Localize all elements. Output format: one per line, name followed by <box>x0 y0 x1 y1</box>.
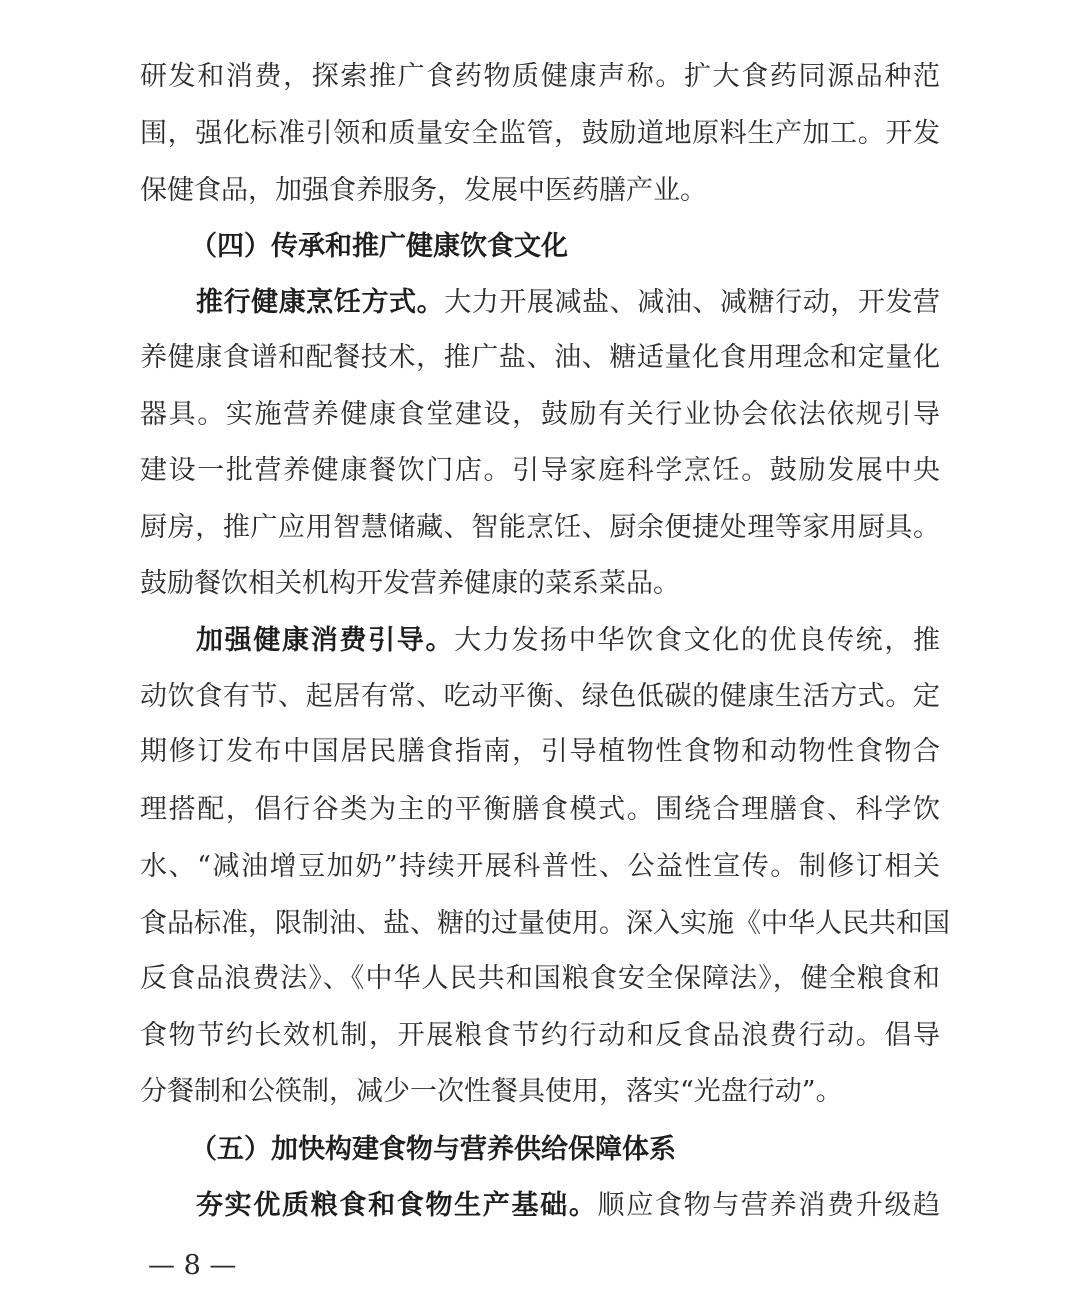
body-text-line: 分餐制和公筷制，减少一次性餐具使用，落实“光盘行动”。 <box>140 1072 940 1112</box>
body-text-line: 食物节约长效机制，开展粮食节约行动和反食品浪费行动。倡导 <box>140 1016 940 1056</box>
section-heading-4: （四）传承和推广健康饮食文化 <box>190 227 934 267</box>
section-heading-5: （五）加快构建食物与营养供给保障体系 <box>190 1130 934 1170</box>
paragraph-lead: 夯实优质粮食和食物生产基础。 <box>196 1190 598 1221</box>
body-text-line: 围，强化标准引领和质量安全监管，鼓励道地原料生产加工。开发 <box>140 114 940 154</box>
body-text-line: 养健康食谱和配餐技术，推广盐、油、糖适量化食用理念和定量化 <box>140 338 940 378</box>
body-text-line: 理搭配，倡行谷类为主的平衡膳食模式。围绕合理膳食、科学饮 <box>140 790 940 830</box>
body-text-line: 动饮食有节、起居有常、吃动平衡、绿色低碳的健康生活方式。定 <box>140 677 940 717</box>
body-text-line: 器具。实施营养健康食堂建设，鼓励有关行业协会依法依规引导 <box>140 395 940 435</box>
paragraph-lead: 加强健康消费引导。 <box>196 625 454 656</box>
body-text-line: 保健食品，加强食养服务，发展中医药膳产业。 <box>140 171 940 211</box>
body-text: 大力发扬中华饮食文化的优良传统，推 <box>454 625 940 656</box>
paragraph-first-line: 夯实优质粮食和食物生产基础。顺应食物与营养消费升级趋 <box>196 1186 940 1226</box>
body-text-line: 建设一批营养健康餐饮门店。引导家庭科学烹饪。鼓励发展中央 <box>140 451 940 491</box>
body-text-line: 水、“减油增豆加奶”持续开展科普性、公益性宣传。制修订相关 <box>140 847 940 887</box>
body-text-line: 厨房，推广应用智慧储藏、智能烹饪、厨余便捷处理等家用厨具。 <box>140 508 940 548</box>
body-text-line: 期修订发布中国居民膳食指南，引导植物性食物和动物性食物合 <box>140 732 940 772</box>
body-text-line: 鼓励餐饮相关机构开发营养健康的菜系菜品。 <box>140 564 940 604</box>
body-text-line: 研发和消费，探索推广食药物质健康声称。扩大食药同源品种范 <box>140 57 940 97</box>
page-number: — 8 — <box>148 1248 236 1284</box>
body-text-line: 食品标准，限制油、盐、糖的过量使用。深入实施《中华人民共和国 <box>140 904 940 944</box>
body-text: 大力开展减盐、减油、减糖行动，开发营 <box>444 287 940 318</box>
paragraph-lead: 推行健康烹饪方式。 <box>196 287 444 318</box>
body-text-line: 反食品浪费法》、《中华人民共和国粮食安全保障法》，健全粮食和 <box>140 959 940 999</box>
paragraph-first-line: 推行健康烹饪方式。大力开展减盐、减油、减糖行动，开发营 <box>196 283 940 323</box>
paragraph-first-line: 加强健康消费引导。大力发扬中华饮食文化的优良传统，推 <box>196 621 940 661</box>
body-text: 顺应食物与营养消费升级趋 <box>598 1190 940 1221</box>
